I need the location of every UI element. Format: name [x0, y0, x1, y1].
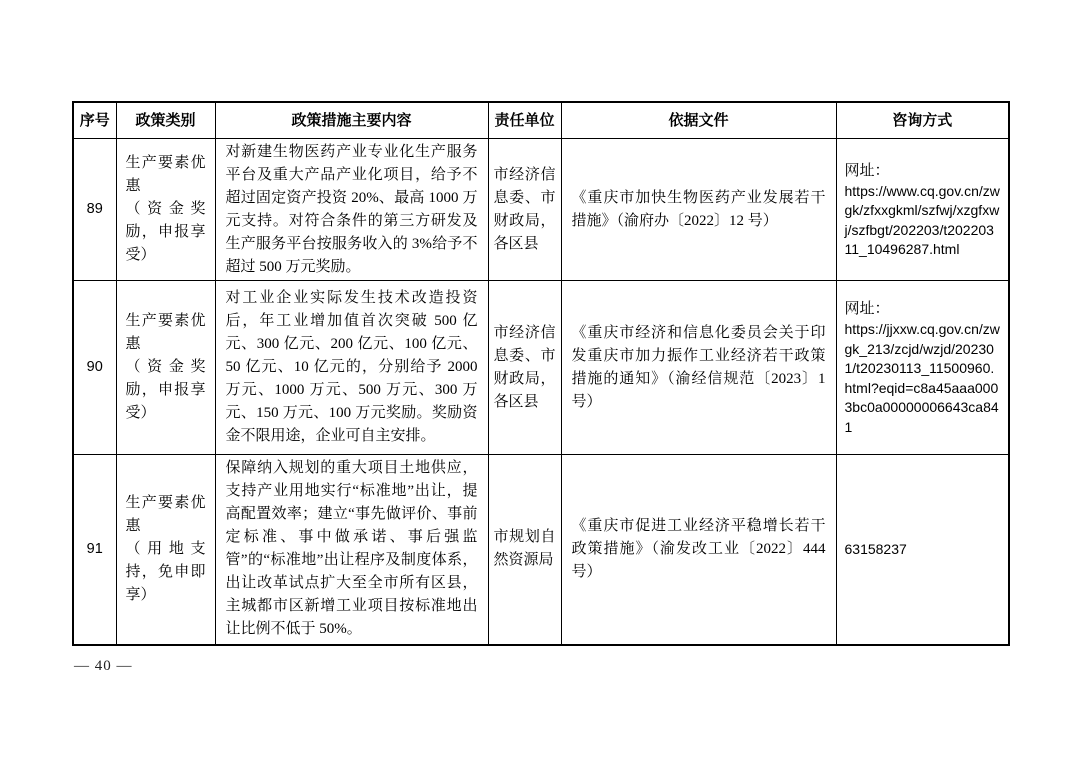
- basis-cell: 《重庆市促进工业经济平稳增长若干政策措施》（渝发改工业〔2022〕444 号）: [561, 455, 836, 645]
- table-row-89: 89 生产要素优惠 （资金奖励，申报享受） 对新建生物医药产业专业化生产服务平台…: [73, 139, 1009, 281]
- seq-cell: 90: [73, 281, 116, 455]
- page-number: — 40 —: [74, 658, 133, 675]
- table-body: 89 生产要素优惠 （资金奖励，申报享受） 对新建生物医药产业专业化生产服务平台…: [73, 139, 1009, 645]
- unit-cell: 市规划自然资源局: [488, 455, 561, 645]
- table-header-row: 序号 政策类别 政策措施主要内容 责任单位 依据文件 咨询方式: [73, 102, 1009, 139]
- column-header-unit: 责任单位: [488, 102, 561, 139]
- category-cell: 生产要素优惠 （资金奖励，申报享受）: [116, 281, 215, 455]
- contact-label: 网址：: [845, 160, 1001, 182]
- unit-cell: 市经济信息委、市财政局，各区县: [488, 139, 561, 281]
- category-cell: 生产要素优惠 （资金奖励，申报享受）: [116, 139, 215, 281]
- contact-phone: 63158237: [845, 540, 1001, 560]
- column-header-contact: 咨询方式: [836, 102, 1009, 139]
- table-row-91: 91 生产要素优惠 （用地支持，免申即享） 保障纳入规划的重大项目土地供应，支持…: [73, 455, 1009, 645]
- column-header-category: 政策类别: [116, 102, 215, 139]
- contact-url: https://jjxxw.cq.gov.cn/zwgk_213/zcjd/wz…: [845, 320, 1001, 437]
- document-page: 序号 政策类别 政策措施主要内容 责任单位 依据文件 咨询方式 89 生产要素优…: [0, 0, 1074, 757]
- unit-cell: 市经济信息委、市财政局，各区县: [488, 281, 561, 455]
- content-cell: 对新建生物医药产业专业化生产服务平台及重大产品产业化项目，给予不超过固定资产投资…: [215, 139, 488, 281]
- table-row-90: 90 生产要素优惠 （资金奖励，申报享受） 对工业企业实际发生技术改造投资后，年…: [73, 281, 1009, 455]
- policy-table: 序号 政策类别 政策措施主要内容 责任单位 依据文件 咨询方式 89 生产要素优…: [72, 101, 1010, 646]
- contact-cell: 网址： https://www.cq.gov.cn/zwgk/zfxxgkml/…: [836, 139, 1009, 281]
- basis-cell: 《重庆市加快生物医药产业发展若干措施》（渝府办〔2022〕12 号）: [561, 139, 836, 281]
- contact-cell: 网址： https://jjxxw.cq.gov.cn/zwgk_213/zcj…: [836, 281, 1009, 455]
- column-header-content: 政策措施主要内容: [215, 102, 488, 139]
- content-cell: 对工业企业实际发生技术改造投资后，年工业增加值首次突破 500 亿元、300 亿…: [215, 281, 488, 455]
- category-cell: 生产要素优惠 （用地支持，免申即享）: [116, 455, 215, 645]
- header-row: 序号 政策类别 政策措施主要内容 责任单位 依据文件 咨询方式: [73, 102, 1009, 139]
- column-header-seq: 序号: [73, 102, 116, 139]
- seq-cell: 89: [73, 139, 116, 281]
- contact-cell: 63158237: [836, 455, 1009, 645]
- column-header-basis: 依据文件: [561, 102, 836, 139]
- contact-url: https://www.cq.gov.cn/zwgk/zfxxgkml/szfw…: [845, 182, 1001, 260]
- seq-cell: 91: [73, 455, 116, 645]
- basis-cell: 《重庆市经济和信息化委员会关于印发重庆市加力振作工业经济若干政策措施的通知》（渝…: [561, 281, 836, 455]
- contact-label: 网址：: [845, 298, 1001, 320]
- content-cell: 保障纳入规划的重大项目土地供应，支持产业用地实行“标准地”出让，提高配置效率；建…: [215, 455, 488, 645]
